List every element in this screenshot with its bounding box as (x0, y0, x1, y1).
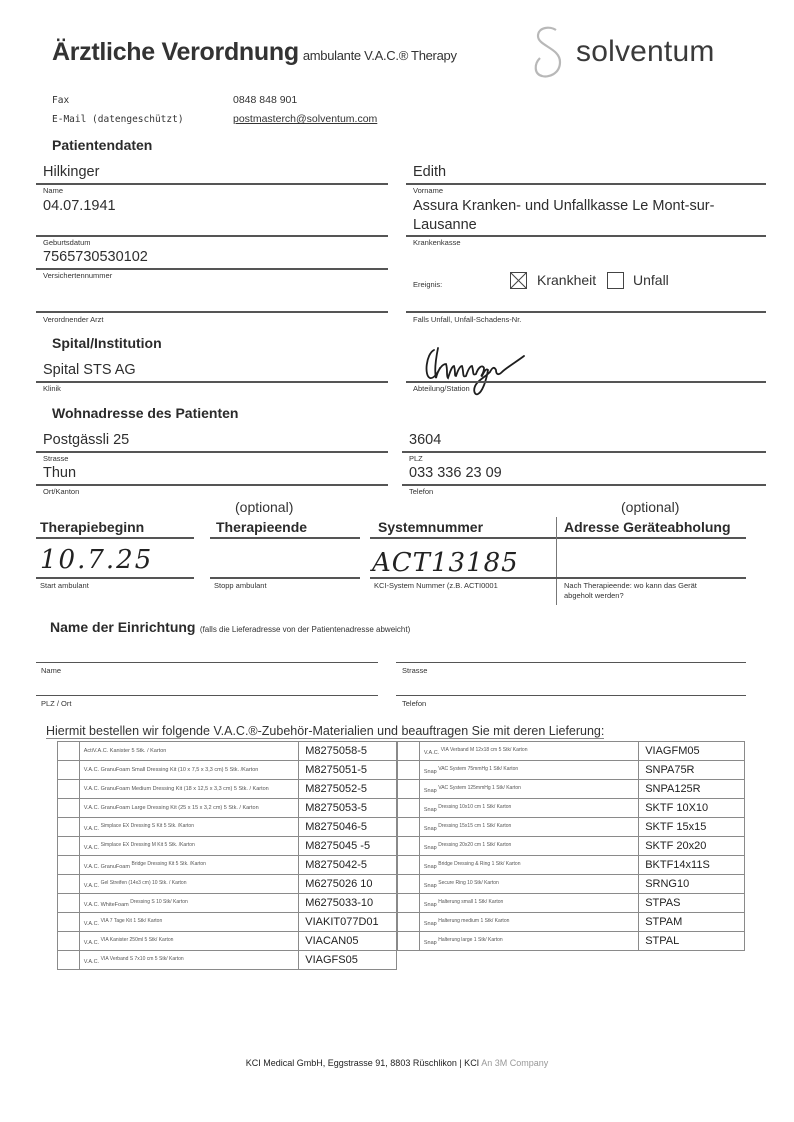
email-label: E-Mail (datengeschützt) (52, 114, 184, 125)
product-row: Snap Secure Ring 10 Stk/ KartonSRNG10 (398, 875, 745, 894)
product-description: V.A.C. GranuFoam Small Dressing Kit (10 … (79, 761, 299, 780)
product-detail: Halterung small 1 Stk/ Karton (438, 899, 503, 905)
unfall-label: Unfall (633, 272, 669, 288)
quantity-cell[interactable] (398, 875, 420, 894)
logo-text: solventum (576, 35, 715, 69)
krankenkasse-label: Krankenkasse (413, 238, 461, 247)
product-description: V.A.C. Gel Streifen (14x3 cm) 10 Stk. / … (79, 875, 299, 894)
product-row: Snap Dressing 20x20 cm 1 Stk/ KartonSKTF… (398, 837, 745, 856)
product-detail: V.A.C. GranuFoam Large Dressing Kit (25 … (84, 805, 259, 811)
product-prefix: V.A.C. (84, 920, 101, 926)
product-prefix: V.A.C. (84, 844, 101, 850)
product-code: VIAGFM05 (639, 742, 745, 761)
abteilung-line (406, 381, 766, 383)
fax-label: Fax (52, 95, 69, 106)
product-row: ActiV.A.C. Kanister 5 Stk. / KartonM8275… (58, 742, 397, 761)
product-code: SKTF 15x15 (639, 818, 745, 837)
product-prefix: V.A.C. WhiteFoam (84, 901, 131, 907)
product-description: Snap Halterung medium 1 Stk/ Karton (419, 913, 638, 932)
ereignis-label: Ereignis: (413, 280, 442, 289)
quantity-cell[interactable] (398, 818, 420, 837)
quantity-cell[interactable] (58, 894, 80, 913)
product-prefix: Snap (424, 787, 438, 793)
product-detail: V.A.C. GranuFoam Medium Dressing Kit (18… (84, 786, 269, 792)
product-row: V.A.C. GranuFoam Medium Dressing Kit (18… (58, 780, 397, 799)
footer-text: KCI Medical GmbH, Eggstrasse 91, 8803 Rü… (246, 1058, 479, 1068)
product-detail: Dressing 15x15 cm 1 Stk/ Karton (438, 823, 511, 829)
product-prefix: Snap (424, 939, 438, 945)
product-prefix: V.A.C. (84, 958, 101, 964)
product-detail: Gel Streifen (14x3 cm) 10 Stk. / Karton (101, 880, 187, 886)
product-row: V.A.C. VIA Verband M 12x18 cm 5 Stk/ Kar… (398, 742, 745, 761)
therapieende-optional: (optional) (235, 499, 293, 515)
facility-section-title: Name der Einrichtung (50, 619, 195, 635)
name-label: Name (43, 186, 63, 195)
product-code: STPAM (639, 913, 745, 932)
product-row: Snap VAC System 75mmHg 1 Stk/ KartonSNPA… (398, 761, 745, 780)
fax-value: 0848 848 901 (233, 94, 297, 106)
product-prefix: Snap (424, 863, 438, 869)
product-table-left: ActiV.A.C. Kanister 5 Stk. / KartonM8275… (57, 741, 397, 970)
quantity-cell[interactable] (398, 742, 420, 761)
therapiebeginn-heading: Therapiebeginn (40, 519, 144, 535)
quantity-cell[interactable] (58, 742, 80, 761)
product-row: V.A.C. Simplace EX Dressing M Kit 5 Stk.… (58, 837, 397, 856)
product-detail: Simplace EX Dressing M Kit 5 Stk. /Karto… (101, 842, 195, 848)
quantity-cell[interactable] (58, 818, 80, 837)
geburtsdatum-line (36, 235, 388, 237)
product-code: M8275053-5 (299, 799, 397, 818)
ort-value[interactable]: Thun (43, 465, 76, 481)
quantity-cell[interactable] (398, 894, 420, 913)
abteilung-signature[interactable] (420, 342, 550, 405)
name-value[interactable]: Hilkinger (43, 164, 99, 180)
quantity-cell[interactable] (398, 837, 420, 856)
product-detail: Dressing 10x10 cm 1 Stk/ Karton (438, 804, 511, 810)
abholung-label-line1: Nach Therapieende: wo kann das Gerät (564, 581, 697, 590)
product-code: M8275046-5 (299, 818, 397, 837)
telefon-value[interactable]: 033 336 23 09 (409, 465, 502, 481)
product-code: SRNG10 (639, 875, 745, 894)
strasse-value[interactable]: Postgässli 25 (43, 432, 129, 448)
quantity-cell[interactable] (398, 780, 420, 799)
facility-plz-ort-line[interactable] (36, 695, 378, 696)
product-detail: VIA Verband S 7x10 cm 5 Stk/ Karton (101, 956, 184, 962)
product-row: Snap Dressing 10x10 cm 1 Stk/ KartonSKTF… (398, 799, 745, 818)
unfall-checkbox[interactable] (607, 272, 624, 289)
product-description: V.A.C. GranuFoam Medium Dressing Kit (18… (79, 780, 299, 799)
product-code: SNPA75R (639, 761, 745, 780)
product-description: V.A.C. VIA Verband S 7x10 cm 5 Stk/ Kart… (79, 951, 299, 970)
product-row: Snap VAC System 125mmHg 1 Stk/ KartonSNP… (398, 780, 745, 799)
institution-section-title: Spital/Institution (52, 335, 162, 351)
product-detail: Bridge Dressing & Ring 1 Stk/ Karton (438, 861, 520, 867)
facility-name-line[interactable] (36, 662, 378, 663)
document-title: Ärztliche Verordnungambulante V.A.C.® Th… (52, 38, 457, 67)
product-code: VIAKIT077D01 (299, 913, 397, 932)
systemnummer-value[interactable]: ACT13185 (372, 548, 519, 578)
versichertennummer-label: Versichertennummer (43, 271, 112, 280)
plz-label: PLZ (409, 454, 423, 463)
abholung-label-line2: abgeholt werden? (564, 591, 624, 600)
product-code: M8275051-5 (299, 761, 397, 780)
quantity-cell[interactable] (398, 932, 420, 951)
klinik-label: Klinik (43, 384, 61, 393)
vorname-label: Vorname (413, 186, 443, 195)
telefon-label: Telefon (409, 487, 433, 496)
abholung-optional: (optional) (621, 499, 679, 515)
therapiebeginn-label: Start ambulant (40, 581, 89, 590)
title-main: Ärztliche Verordnung (52, 38, 299, 66)
product-detail: VIA 7 Tage Kit 1 Stk/ Karton (101, 918, 163, 924)
product-detail: VAC System 75mmHg 1 Stk/ Karton (438, 766, 518, 772)
product-row: V.A.C. Gel Streifen (14x3 cm) 10 Stk. / … (58, 875, 397, 894)
versichertennummer-line (36, 268, 388, 270)
ort-label: Ort/Kanton (43, 487, 79, 496)
quantity-cell[interactable] (58, 875, 80, 894)
facility-strasse-line[interactable] (396, 662, 746, 663)
solventum-s-icon (530, 24, 568, 80)
product-description: V.A.C. VIA Verband M 12x18 cm 5 Stk/ Kar… (419, 742, 638, 761)
order-intro: Hiermit bestellen wir folgende V.A.C.®-Z… (46, 724, 604, 739)
product-prefix: V.A.C. (424, 749, 441, 755)
ort-line (36, 484, 388, 486)
arzt-line[interactable] (36, 311, 388, 313)
product-row: Snap Halterung small 1 Stk/ KartonSTPAS (398, 894, 745, 913)
abholung-divider (556, 517, 557, 605)
systemnummer-bottom-line (370, 577, 746, 579)
name-line (36, 183, 388, 185)
quantity-cell[interactable] (58, 780, 80, 799)
quantity-cell[interactable] (398, 856, 420, 875)
facility-section-note: (falls die Lieferadresse von der Patient… (200, 625, 410, 634)
product-prefix: V.A.C. (84, 939, 101, 945)
product-description: V.A.C. GranuFoam Large Dressing Kit (25 … (79, 799, 299, 818)
quantity-cell[interactable] (58, 932, 80, 951)
product-detail: Secure Ring 10 Stk/ Karton (438, 880, 499, 886)
krankenkasse-value-line1[interactable]: Assura Kranken- und Unfallkasse Le Mont-… (413, 198, 714, 214)
product-row: V.A.C. Simplace EX Dressing S Kit 5 Stk.… (58, 818, 397, 837)
product-code: SKTF 10X10 (639, 799, 745, 818)
product-detail: ActiV.A.C. Kanister 5 Stk. / Karton (84, 748, 167, 754)
product-detail: VAC System 125mmHg 1 Stk/ Karton (438, 785, 521, 791)
product-detail: Bridge Dressing Kit 5 Stk. /Karton (131, 861, 205, 867)
product-detail: VIA Verband M 12x18 cm 5 Stk/ Karton (441, 747, 528, 753)
systemnummer-heading: Systemnummer (378, 519, 483, 535)
product-prefix: Snap (424, 825, 438, 831)
product-description: Snap Halterung large 1 Stk/ Karton (419, 932, 638, 951)
product-code: SNPA125R (639, 780, 745, 799)
facility-telefon-line[interactable] (396, 695, 746, 696)
product-description: Snap VAC System 75mmHg 1 Stk/ Karton (419, 761, 638, 780)
product-description: ActiV.A.C. Kanister 5 Stk. / Karton (79, 742, 299, 761)
product-code: M8275042-5 (299, 856, 397, 875)
facility-plz-ort-label: PLZ / Ort (41, 699, 71, 708)
quantity-cell[interactable] (398, 913, 420, 932)
product-description: V.A.C. WhiteFoam Dressing S 10 Stk/ Kart… (79, 894, 299, 913)
arzt-label: Verordnender Arzt (43, 315, 103, 324)
product-row: V.A.C. VIA 7 Tage Kit 1 Stk/ KartonVIAKI… (58, 913, 397, 932)
product-row: V.A.C. VIA Verband S 7x10 cm 5 Stk/ Kart… (58, 951, 397, 970)
product-code: M8275058-5 (299, 742, 397, 761)
product-row: Snap Dressing 15x15 cm 1 Stk/ KartonSKTF… (398, 818, 745, 837)
product-description: V.A.C. Simplace EX Dressing M Kit 5 Stk.… (79, 837, 299, 856)
product-row: V.A.C. GranuFoam Small Dressing Kit (10 … (58, 761, 397, 780)
quantity-cell[interactable] (398, 761, 420, 780)
strasse-label: Strasse (43, 454, 68, 463)
product-prefix: Snap (424, 844, 438, 850)
product-description: V.A.C. Simplace EX Dressing S Kit 5 Stk.… (79, 818, 299, 837)
product-row: V.A.C. WhiteFoam Dressing S 10 Stk/ Kart… (58, 894, 397, 913)
abholung-top-line (556, 537, 746, 539)
unfall-nr-label: Falls Unfall, Unfall-Schadens-Nr. (413, 315, 521, 324)
facility-name-label: Name (41, 666, 61, 675)
quantity-cell[interactable] (398, 799, 420, 818)
krankheit-label: Krankheit (537, 272, 596, 288)
footer-light-text: An 3M Company (481, 1058, 548, 1068)
product-description: Snap Dressing 15x15 cm 1 Stk/ Karton (419, 818, 638, 837)
therapieende-bottom-line[interactable] (210, 577, 360, 579)
product-code: VIACAN05 (299, 932, 397, 951)
product-code: VIAGFS05 (299, 951, 397, 970)
footer: KCI Medical GmbH, Eggstrasse 91, 8803 Rü… (0, 1058, 794, 1068)
krankheit-checkbox[interactable] (510, 272, 527, 289)
product-code: M6275033-10 (299, 894, 397, 913)
strasse-line (36, 451, 388, 453)
product-description: V.A.C. GranuFoam Bridge Dressing Kit 5 S… (79, 856, 299, 875)
product-detail: Simplace EX Dressing S Kit 5 Stk. /Karto… (101, 823, 194, 829)
product-description: V.A.C. VIA 7 Tage Kit 1 Stk/ Karton (79, 913, 299, 932)
product-prefix: V.A.C. (84, 825, 101, 831)
product-row: Snap Halterung large 1 Stk/ KartonSTPAL (398, 932, 745, 951)
vorname-line (406, 183, 766, 185)
product-description: Snap Dressing 20x20 cm 1 Stk/ Karton (419, 837, 638, 856)
unfall-nr-line[interactable] (406, 311, 766, 313)
product-detail: Halterung large 1 Stk/ Karton (438, 937, 502, 943)
product-code: M8275052-5 (299, 780, 397, 799)
product-code: M8275045 -5 (299, 837, 397, 856)
quantity-cell[interactable] (58, 799, 80, 818)
quantity-cell[interactable] (58, 951, 80, 970)
product-code: BKTF14x11S (639, 856, 745, 875)
title-subtitle: ambulante V.A.C.® Therapy (303, 48, 457, 63)
krankenkasse-line (406, 235, 766, 237)
product-prefix: Snap (424, 768, 438, 774)
klinik-value[interactable]: Spital STS AG (43, 362, 136, 378)
product-description: Snap Dressing 10x10 cm 1 Stk/ Karton (419, 799, 638, 818)
quantity-cell[interactable] (58, 856, 80, 875)
therapiebeginn-bottom-line (36, 577, 194, 579)
geburtsdatum-label: Geburtsdatum (43, 238, 91, 247)
product-description: Snap Halterung small 1 Stk/ Karton (419, 894, 638, 913)
therapieende-heading: Therapieende (216, 519, 307, 535)
plz-value[interactable]: 3604 (409, 432, 441, 448)
product-prefix: Snap (424, 882, 438, 888)
product-row: V.A.C. VIA Kanister 250ml 5 Stk/ KartonV… (58, 932, 397, 951)
abteilung-label: Abteilung/Station (413, 384, 470, 393)
checkmark-x-icon (511, 273, 526, 288)
therapiebeginn-top-line (36, 537, 194, 539)
klinik-line (36, 381, 388, 383)
systemnummer-label: KCI-System Nummer (z.B. ACTI0001 (374, 581, 498, 590)
solventum-logo: solventum (530, 24, 715, 80)
product-detail: Dressing 20x20 cm 1 Stk/ Karton (438, 842, 511, 848)
product-prefix: Snap (424, 806, 438, 812)
product-code: STPAL (639, 932, 745, 951)
product-code: SKTF 20x20 (639, 837, 745, 856)
product-description: Snap Bridge Dressing & Ring 1 Stk/ Karto… (419, 856, 638, 875)
facility-section-header: Name der Einrichtung (falls die Lieferad… (50, 619, 410, 637)
product-row: V.A.C. GranuFoam Bridge Dressing Kit 5 S… (58, 856, 397, 875)
product-row: Snap Bridge Dressing & Ring 1 Stk/ Karto… (398, 856, 745, 875)
versichertennummer-value[interactable]: 7565730530102 (43, 249, 148, 265)
product-description: Snap VAC System 125mmHg 1 Stk/ Karton (419, 780, 638, 799)
product-prefix: Snap (424, 901, 438, 907)
address-section-title: Wohnadresse des Patienten (52, 405, 238, 421)
product-code: STPAS (639, 894, 745, 913)
therapiebeginn-value[interactable]: 10.7.25 (40, 545, 153, 575)
product-detail: V.A.C. GranuFoam Small Dressing Kit (10 … (84, 767, 259, 773)
geburtsdatum-value[interactable]: 04.07.1941 (43, 198, 116, 214)
quantity-cell[interactable] (58, 913, 80, 932)
plz-line (402, 451, 766, 453)
product-row: V.A.C. GranuFoam Large Dressing Kit (25 … (58, 799, 397, 818)
email-link[interactable]: postmasterch@solventum.com (233, 113, 377, 125)
product-prefix: V.A.C. (84, 882, 101, 888)
product-prefix: Snap (424, 920, 438, 926)
quantity-cell[interactable] (58, 837, 80, 856)
quantity-cell[interactable] (58, 761, 80, 780)
product-row: Snap Halterung medium 1 Stk/ KartonSTPAM (398, 913, 745, 932)
therapieende-label: Stopp ambulant (214, 581, 267, 590)
facility-strasse-label: Strasse (402, 666, 427, 675)
patient-section-title: Patientendaten (52, 137, 152, 153)
vorname-value[interactable]: Edith (413, 164, 446, 180)
abholung-heading: Adresse Geräteabholung (564, 519, 731, 535)
product-code: M6275026 10 (299, 875, 397, 894)
product-detail: Halterung medium 1 Stk/ Karton (438, 918, 509, 924)
product-detail: VIA Kanister 250ml 5 Stk/ Karton (101, 937, 174, 943)
krankenkasse-value-line2[interactable]: Lausanne (413, 217, 477, 233)
product-table-right: V.A.C. VIA Verband M 12x18 cm 5 Stk/ Kar… (397, 741, 745, 951)
product-description: V.A.C. VIA Kanister 250ml 5 Stk/ Karton (79, 932, 299, 951)
telefon-line (402, 484, 766, 486)
facility-telefon-label: Telefon (402, 699, 426, 708)
therapieende-top-line (210, 537, 360, 539)
product-detail: Dressing S 10 Stk/ Karton (130, 899, 188, 905)
product-description: Snap Secure Ring 10 Stk/ Karton (419, 875, 638, 894)
product-prefix: V.A.C. GranuFoam (84, 863, 132, 869)
systemnummer-top-line (370, 537, 556, 539)
